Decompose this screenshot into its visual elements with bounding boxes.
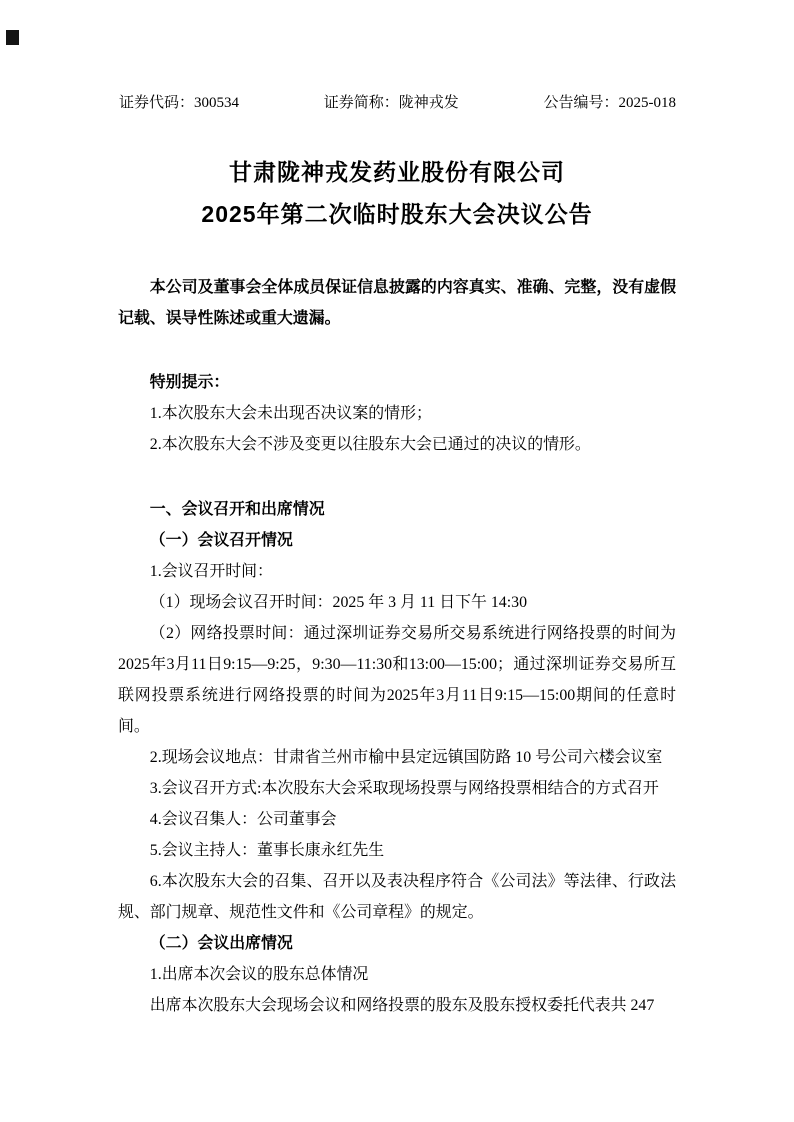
document-header: 证券代码：300534 证券简称：陇神戎发 公告编号：2025-018 [119,93,676,113]
attendance-statistics-line: 出席本次股东大会现场会议和网络投票的股东及股东授权委托代表共 247 [118,990,676,1021]
meeting-method: 3.会议召开方式:本次股东大会采取现场投票与网络投票相结合的方式召开 [118,773,676,804]
section-1-heading: 一、会议召开和出席情况 [118,494,676,525]
meeting-location: 2.现场会议地点：甘肃省兰州市榆中县定远镇国防路 10 号公司六楼会议室 [118,742,676,773]
meeting-time-label: 1.会议召开时间： [118,556,676,587]
onsite-meeting-time: （1）现场会议召开时间：2025 年 3 月 11 日下午 14:30 [118,587,676,618]
document-body: 本公司及董事会全体成员保证信息披露的内容真实、准确、完整，没有虚假记载、误导性陈… [118,272,676,1021]
section-1-1-heading: （一）会议召开情况 [118,525,676,556]
special-notice-item-2: 2.本次股东大会不涉及变更以往股东大会已通过的决议的情形。 [118,429,676,460]
scan-artifact-mark [6,30,19,45]
meeting-convener: 4.会议召集人：公司董事会 [118,804,676,835]
section-1-2-heading: （二）会议出席情况 [118,928,676,959]
document-page: 证券代码：300534 证券简称：陇神戎发 公告编号：2025-018 甘肃陇神… [0,0,794,1122]
stock-name: 证券简称：陇神戎发 [324,93,459,113]
disclaimer-paragraph: 本公司及董事会全体成员保证信息披露的内容真实、准确、完整，没有虚假记载、误导性陈… [118,272,676,334]
document-title: 甘肃陇神戎发药业股份有限公司 2025年第二次临时股东大会决议公告 [0,151,794,235]
announcement-number: 公告编号：2025-018 [544,93,677,113]
stock-code: 证券代码：300534 [119,93,239,113]
legal-compliance-statement: 6.本次股东大会的召集、召开以及表决程序符合《公司法》等法律、行政法规、部门规章… [118,866,676,928]
meeting-chair: 5.会议主持人：董事长康永红先生 [118,835,676,866]
attendance-overview-label: 1.出席本次会议的股东总体情况 [118,959,676,990]
special-notice-item-1: 1.本次股东大会未出现否决议案的情形； [118,398,676,429]
announcement-title: 2025年第二次临时股东大会决议公告 [0,193,794,235]
company-name-title: 甘肃陇神戎发药业股份有限公司 [0,151,794,193]
special-notice-heading: 特别提示： [118,367,676,398]
online-voting-time: （2）网络投票时间：通过深圳证券交易所交易系统进行网络投票的时间为2025年3月… [118,618,676,742]
